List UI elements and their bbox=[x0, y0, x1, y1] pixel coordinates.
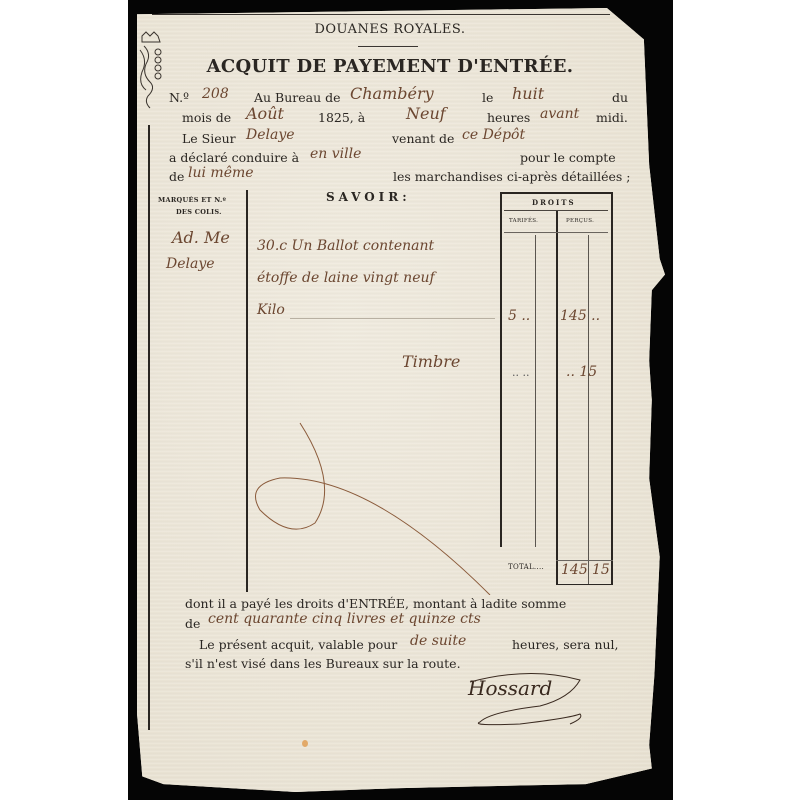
item-line2: étoffe de laine vingt neuf bbox=[257, 270, 435, 286]
destination-value: en ville bbox=[310, 146, 361, 162]
venant-label: venant de bbox=[392, 131, 454, 146]
droits-box-left bbox=[500, 192, 502, 547]
signature-flourish bbox=[450, 668, 590, 728]
item-line3: Kilo bbox=[257, 302, 285, 318]
cancellation-flourish bbox=[250, 415, 500, 595]
compte-label: pour le compte bbox=[520, 150, 616, 165]
droits-subheader-rule bbox=[504, 232, 608, 233]
droits-box-top bbox=[500, 192, 613, 194]
droits-header: DROITS bbox=[532, 198, 576, 207]
account-value: lui même bbox=[188, 165, 254, 181]
hours-label: heures bbox=[487, 110, 530, 125]
item-tarif: 5 .. bbox=[508, 308, 530, 324]
marks-value-line1: Ad. Me bbox=[172, 228, 230, 247]
tarifes-cents-line bbox=[535, 235, 536, 547]
bureau-label: Au Bureau de bbox=[254, 90, 341, 105]
top-rule bbox=[152, 14, 610, 15]
marks-header-line2: DES COLIS. bbox=[176, 208, 222, 216]
item-line1: 30.c Un Ballot contenant bbox=[257, 238, 434, 254]
amount-words: cent quarante cinq livres et quinze cts bbox=[208, 611, 481, 627]
total-box-bottom bbox=[556, 584, 613, 585]
du-label: du bbox=[612, 90, 628, 105]
percus-cents-line bbox=[588, 235, 589, 585]
bureau-value: Chambéry bbox=[350, 84, 434, 103]
amount-de-label: de bbox=[185, 616, 200, 631]
de-label: de bbox=[169, 169, 184, 184]
day-label: le bbox=[482, 90, 493, 105]
meridiem-value: avant bbox=[540, 106, 579, 122]
month-label: mois de bbox=[182, 110, 231, 125]
item-percu: 145 .. bbox=[560, 308, 600, 324]
total-centimes: 15 bbox=[592, 562, 610, 578]
number-label: N.º bbox=[169, 90, 189, 105]
item-guide-line bbox=[290, 318, 495, 319]
sieur-label: Le Sieur bbox=[182, 131, 236, 146]
percus-header: PERÇUS. bbox=[566, 218, 594, 224]
marks-column-divider bbox=[246, 190, 248, 592]
agency-name: DOUANES ROYALES. bbox=[314, 22, 465, 37]
valid-value: de suite bbox=[410, 633, 466, 649]
venant-value: ce Dépôt bbox=[462, 127, 525, 143]
droits-header-rule bbox=[504, 210, 608, 211]
document-title: ACQUIT DE PAYEMENT D'ENTRÉE. bbox=[207, 56, 574, 77]
hour-value: Neuf bbox=[406, 104, 446, 123]
header-divider bbox=[358, 46, 418, 47]
droits-box-right bbox=[611, 192, 613, 585]
total-francs: 145 bbox=[561, 562, 588, 578]
paid-line: dont il a payé les droits d'ENTRÉE, mont… bbox=[185, 596, 566, 611]
timbre-percu: .. 15 bbox=[566, 364, 597, 380]
visa-line: s'il n'est visé dans les Bureaux sur la … bbox=[185, 656, 461, 671]
sieur-value: Delaye bbox=[246, 127, 295, 143]
tarifes-header: TARIFÉS. bbox=[509, 218, 538, 224]
left-margin-rule bbox=[148, 125, 150, 730]
month-value: Août bbox=[246, 104, 284, 123]
valid-rest: heures, sera nul, bbox=[512, 637, 619, 652]
timbre-label: Timbre bbox=[402, 352, 460, 371]
paper-stain bbox=[302, 740, 308, 747]
total-box-top bbox=[556, 560, 613, 561]
midi-label: midi. bbox=[596, 110, 628, 125]
receipt-number: 208 bbox=[202, 86, 229, 102]
day-value: huit bbox=[512, 84, 544, 103]
marks-value-line2: Delaye bbox=[166, 256, 215, 272]
year-value: 1825, à bbox=[318, 110, 365, 125]
declare-label: a déclaré conduire à bbox=[169, 150, 299, 165]
droits-middle-divider bbox=[556, 210, 558, 585]
total-label: TOTAL.... bbox=[508, 563, 544, 571]
savoir-header: SAVOIR: bbox=[326, 190, 411, 204]
valid-label: Le présent acquit, valable pour bbox=[199, 637, 397, 652]
goods-label: les marchandises ci-après détaillées ; bbox=[393, 169, 631, 184]
marks-header-line1: MARQUÉS ET N.º bbox=[158, 196, 226, 204]
timbre-tarif: .. .. bbox=[512, 366, 529, 379]
